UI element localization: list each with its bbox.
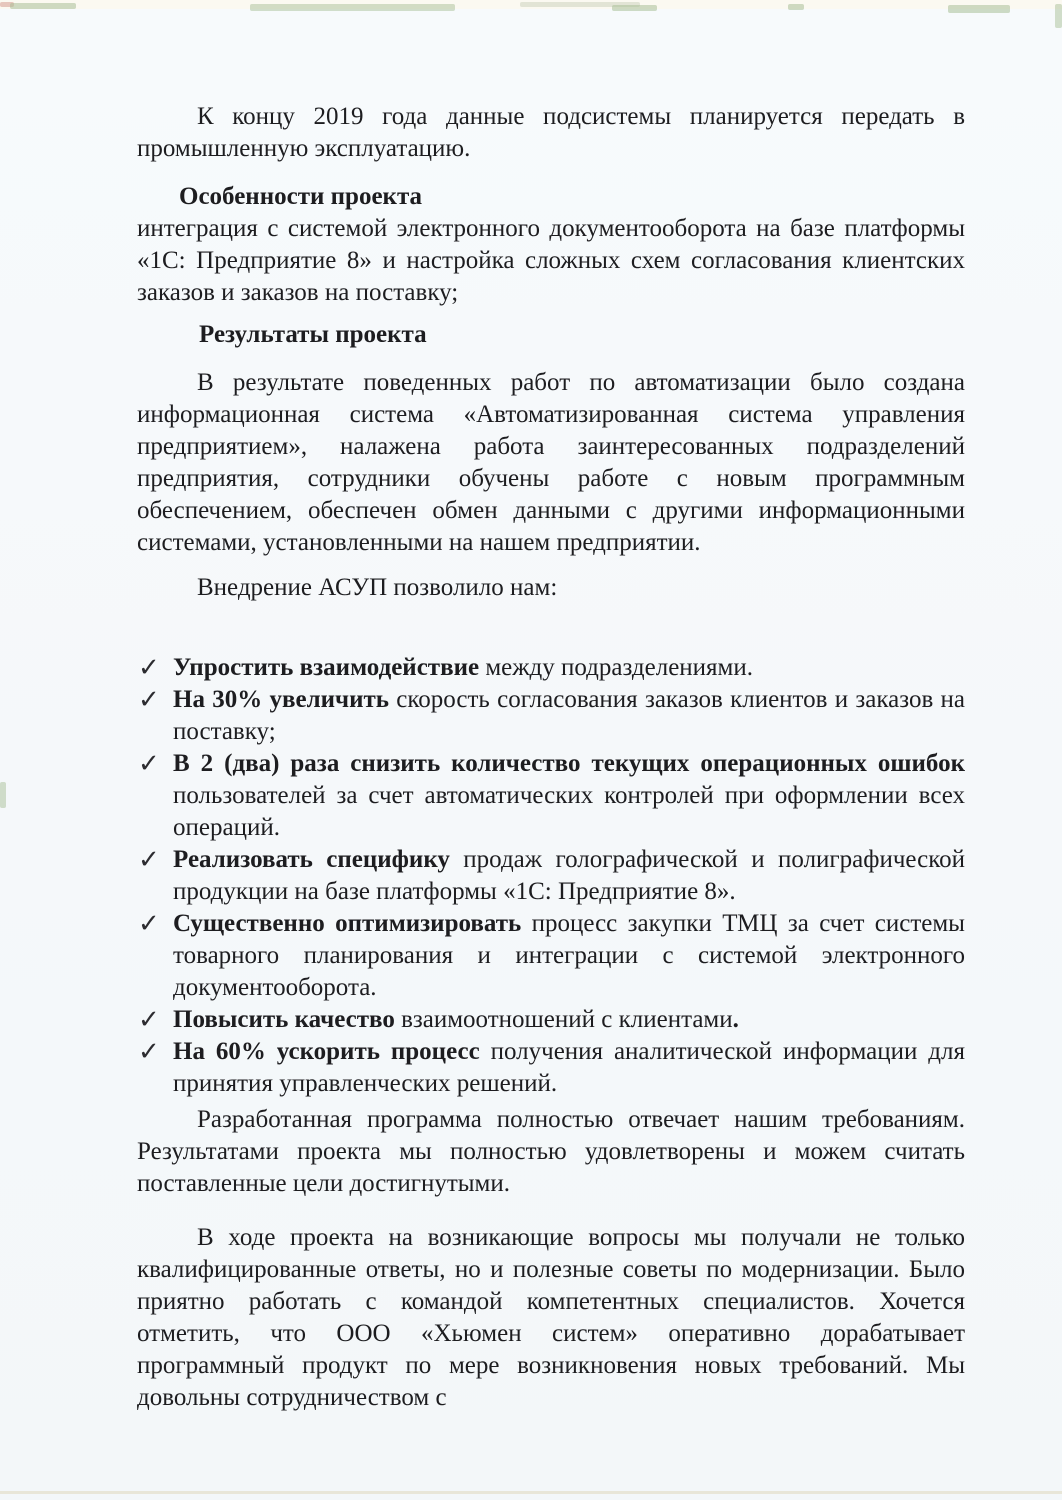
paragraph-results: В результате поведенных работ по автомат…	[137, 367, 965, 559]
list-item-quality: ✓Повысить качество взаимоотношений с кли…	[137, 1004, 965, 1036]
heading-project-results: Результаты проекта	[137, 319, 965, 351]
list-item-bold-text: В 2 (два) раза снизить количество текущи…	[173, 750, 965, 777]
paragraph-asup-lead: Внедрение АСУП позволило нам:	[137, 572, 965, 604]
list-item-text: пользователей за счет автоматических кон…	[173, 782, 965, 841]
heading-project-features: Особенности проекта	[137, 181, 965, 213]
check-mark-icon: ✓	[138, 844, 160, 876]
check-mark-icon: ✓	[138, 1004, 160, 1036]
check-mark-icon: ✓	[138, 748, 160, 780]
list-item-bold-text: Реализовать специфику	[173, 846, 450, 873]
check-mark-icon: ✓	[138, 908, 160, 940]
list-item-bold-text: Существенно оптимизировать	[173, 910, 521, 937]
list-item-analytics-60: ✓На 60% ускорить процесс получения анали…	[137, 1036, 965, 1100]
list-item-text: взаимоотношений с клиентами	[395, 1006, 733, 1033]
list-item-specifics: ✓Реализовать специфику продаж голографич…	[137, 844, 965, 908]
list-item-bold-text: Упростить взаимодействие	[173, 654, 479, 681]
check-mark-icon: ✓	[138, 1036, 160, 1068]
scanned-document-page: { "colors":{ "paper":"#f6f9fb", "ink":"#…	[0, 0, 1062, 1500]
list-item-bold-text: На 60% ускорить процесс	[173, 1038, 480, 1065]
check-mark-icon: ✓	[138, 684, 160, 716]
list-item-simplify: ✓Упростить взаимодействие между подразде…	[137, 652, 965, 684]
document-body: К концу 2019 года данные подсистемы план…	[0, 0, 1062, 1500]
list-item-bold-text: На 30% увеличить	[173, 686, 389, 713]
list-item-errors-2x: ✓В 2 (два) раза снизить количество текущ…	[137, 748, 965, 844]
list-item-text: между подразделениями.	[479, 654, 753, 681]
paragraph-intro: К концу 2019 года данные подсистемы план…	[137, 101, 965, 165]
check-mark-icon: ✓	[138, 652, 160, 684]
list-item-speed-30: ✓На 30% увеличить скорость согласования …	[137, 684, 965, 748]
paragraph-cooperation: В ходе проекта на возникающие вопросы мы…	[137, 1222, 965, 1414]
paragraph-features: интеграция с системой электронного докум…	[137, 213, 965, 309]
paragraph-program-satisfaction: Разработанная программа полностью отвеча…	[137, 1104, 965, 1200]
list-item-procurement: ✓Существенно оптимизировать процесс заку…	[137, 908, 965, 1004]
list-item-bold-text: Повысить качество	[173, 1006, 395, 1033]
list-item-bold-period: .	[733, 1006, 739, 1033]
results-checklist: ✓Упростить взаимодействие между подразде…	[137, 652, 965, 1100]
